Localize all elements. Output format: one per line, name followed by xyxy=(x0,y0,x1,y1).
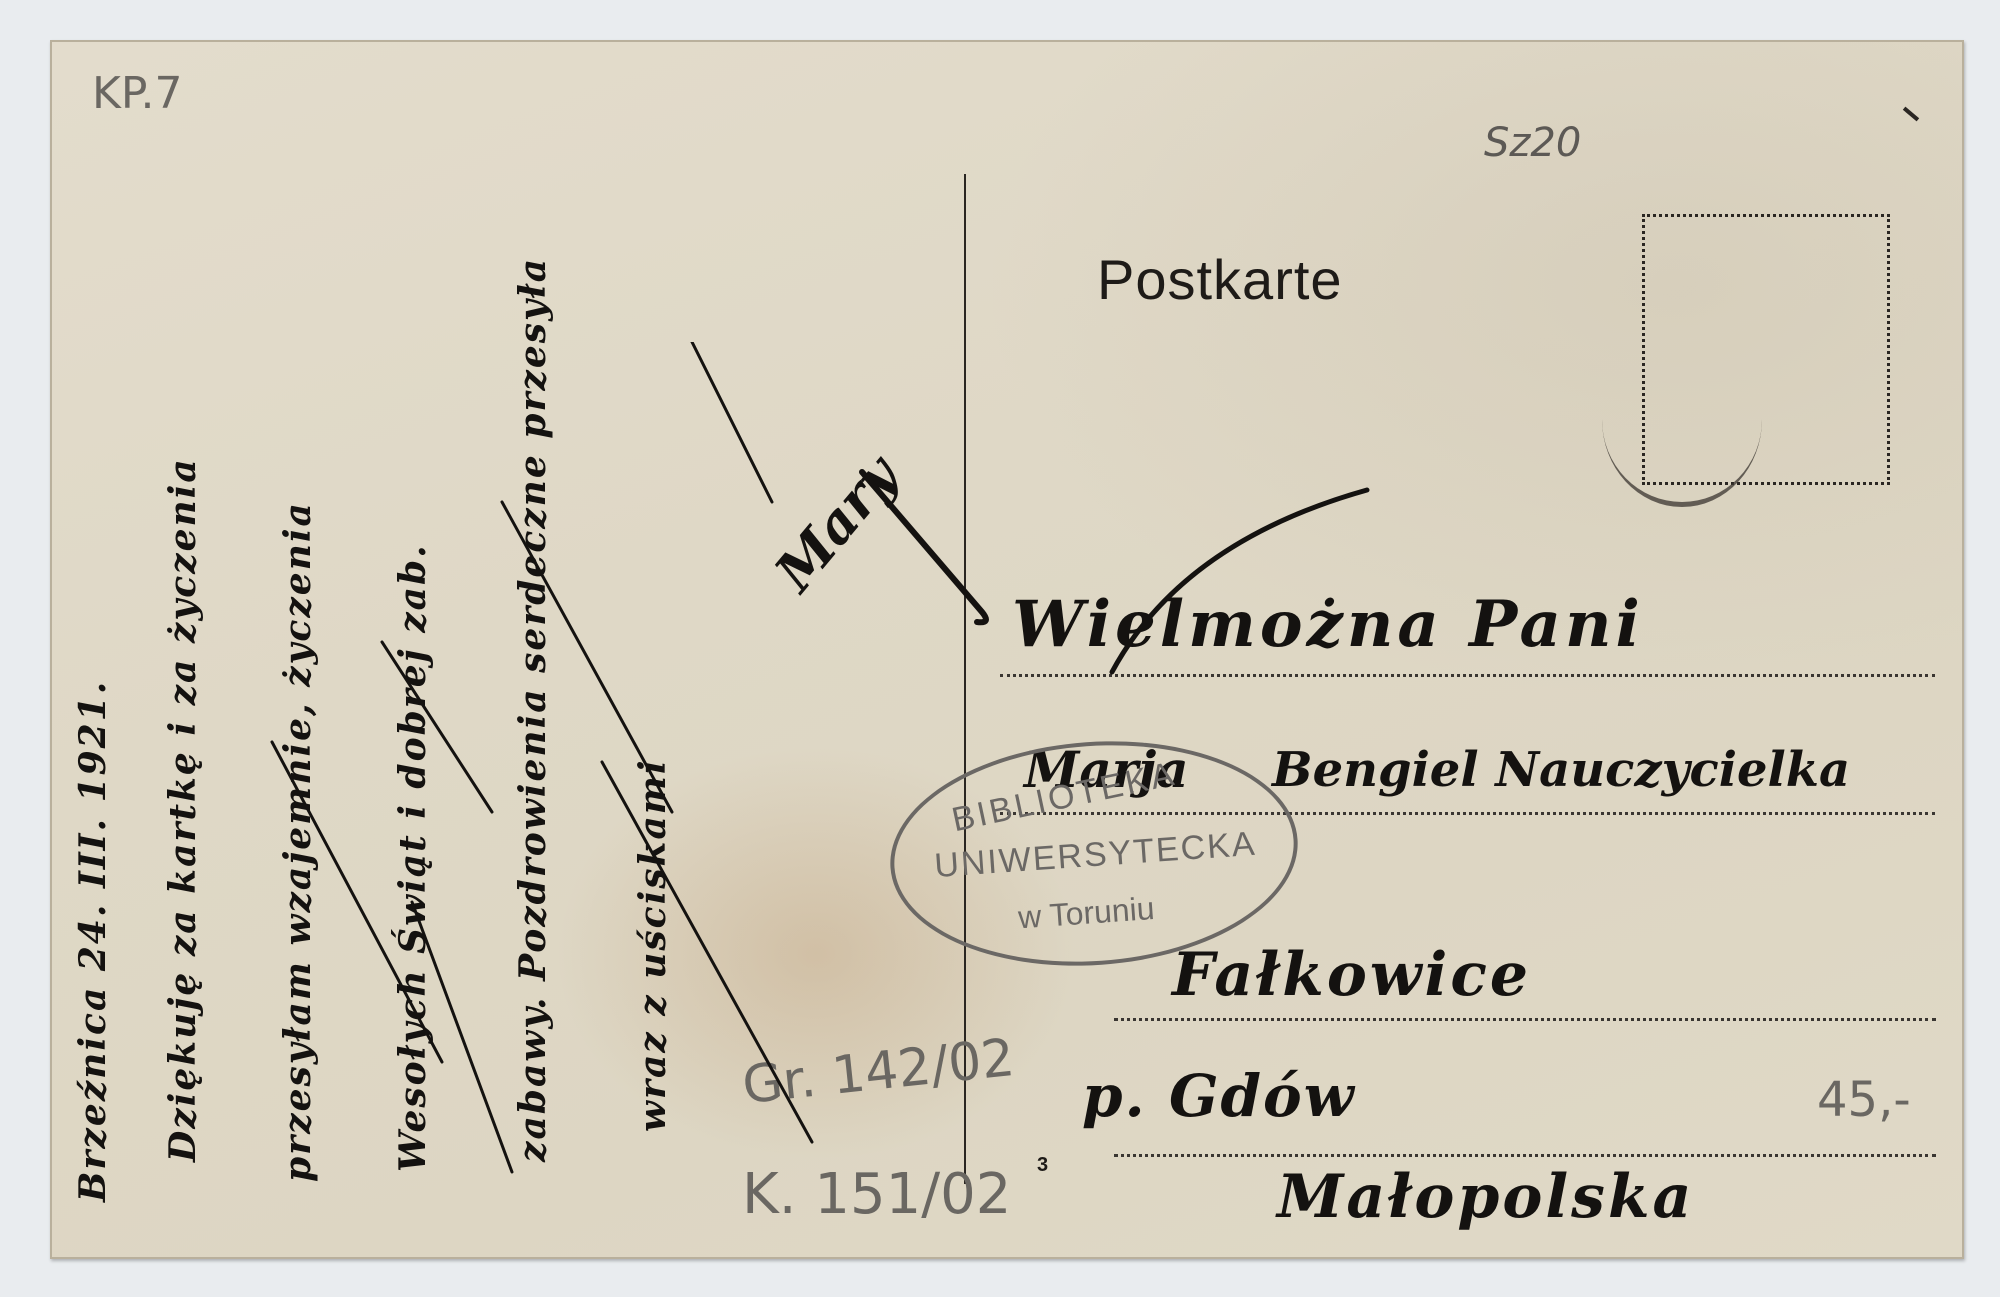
address-line-3 xyxy=(1114,1018,1936,1021)
signature-tail xyxy=(832,462,1012,662)
library-stamp-line-3: w Toruniu xyxy=(1017,890,1156,936)
postcard: KP.7 Sz20 Postkarte 3 Wielmożna Pani Mar… xyxy=(50,40,1964,1259)
address-line-4 xyxy=(1114,1154,1936,1157)
pencil-price: 45,- xyxy=(1817,1072,1911,1128)
library-stamp-line-1: BIBLIOTEKA xyxy=(948,755,1180,841)
address-village: Fałkowice xyxy=(1172,940,1531,1010)
postmark-trace xyxy=(1602,332,1762,507)
address-salutation: Wielmożna Pani xyxy=(1012,587,1644,662)
message-date-line: Brzeźnica 24. III. 1921. xyxy=(72,680,114,1202)
pencil-note-top-right: Sz20 xyxy=(1484,120,1581,166)
address-region: Małopolska xyxy=(1277,1162,1694,1232)
print-number: 3 xyxy=(1037,1154,1048,1177)
postcard-title: Postkarte xyxy=(1097,247,1343,312)
message-line-1: Dziękuję za kartkę i za życzenia xyxy=(162,457,204,1162)
address-surname-title: Bengiel Nauczycielka xyxy=(1272,742,1850,798)
message-pen-strokes xyxy=(252,342,852,1242)
pencil-note-kp7: KP.7 xyxy=(92,68,183,119)
address-post-office: p. Gdów xyxy=(1082,1062,1356,1130)
corner-mark xyxy=(1903,107,1919,122)
